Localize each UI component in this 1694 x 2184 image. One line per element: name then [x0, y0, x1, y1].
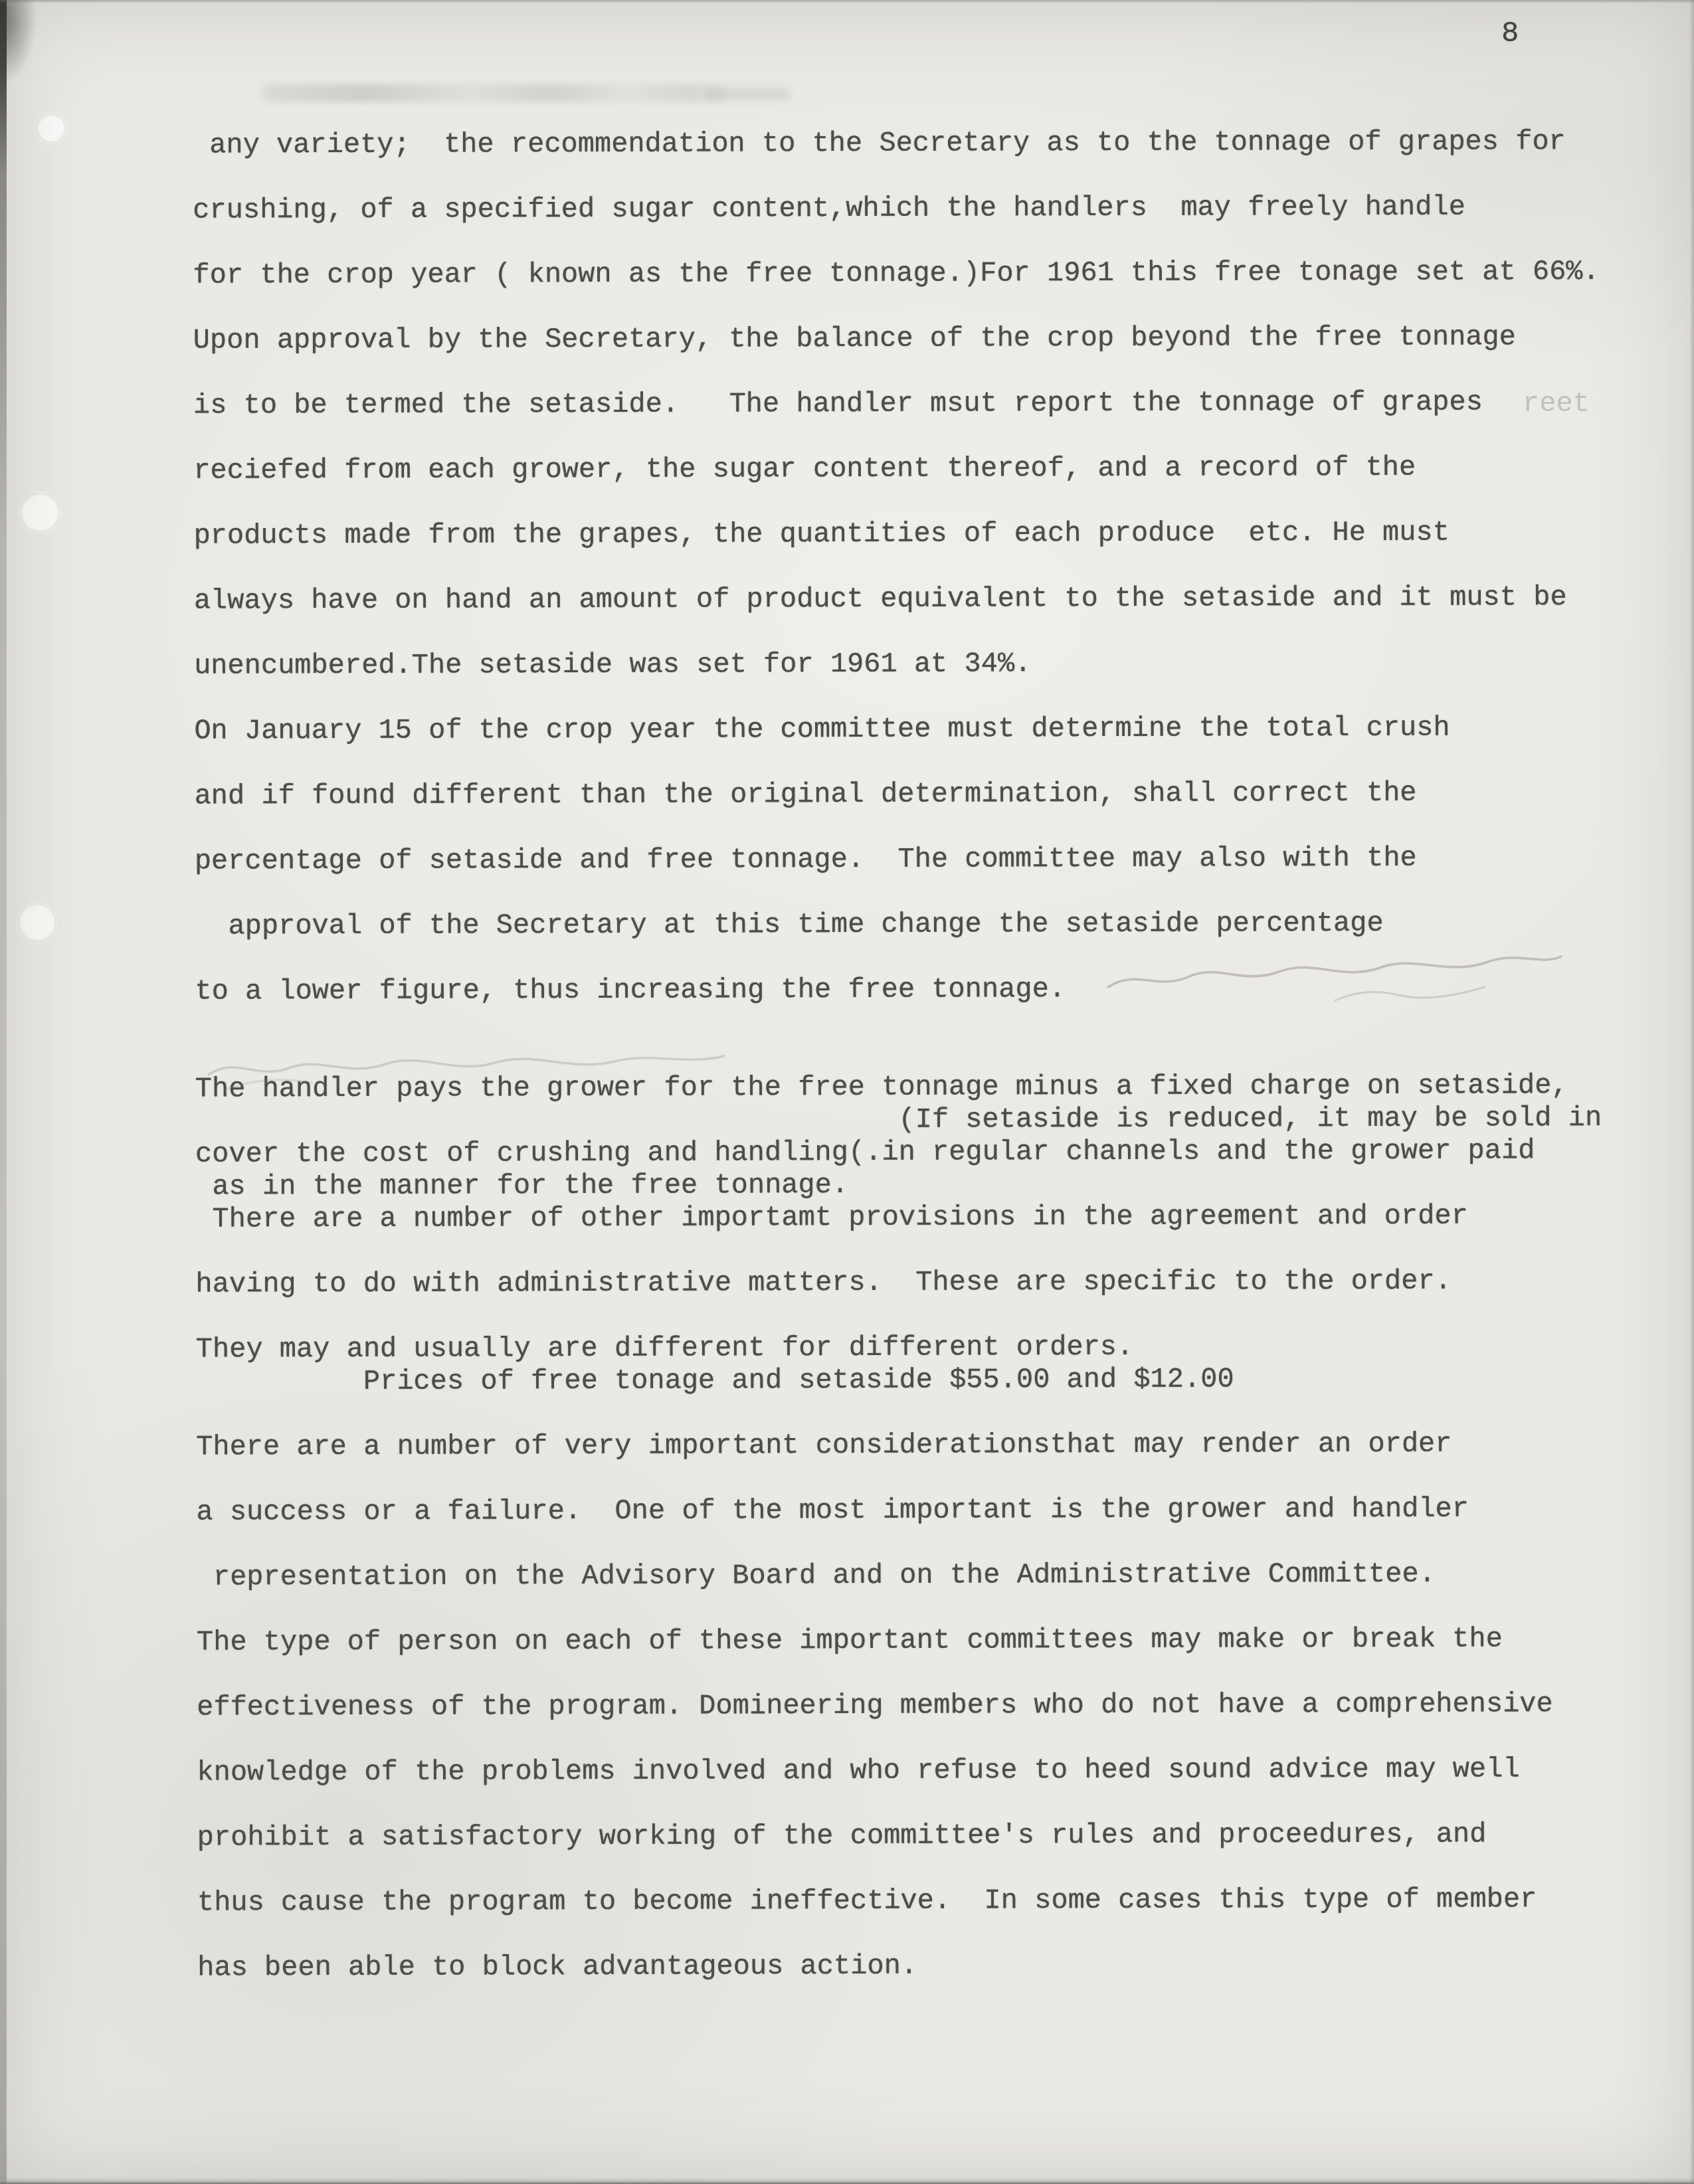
typed-line: prohibit a satisfactory working of the c… — [197, 1818, 1694, 1855]
typed-line: reciefed from each grower, the sugar con… — [193, 451, 1694, 488]
typed-line — [193, 288, 1694, 325]
document-page: 8 any variety; the recommendation to the… — [0, 0, 1694, 2184]
typed-line — [193, 418, 1694, 455]
typed-line: The type of person on each of these impo… — [197, 1623, 1694, 1659]
typed-line — [197, 1655, 1694, 1692]
typed-line: There are a number of very important con… — [196, 1427, 1694, 1464]
typed-line — [195, 1232, 1694, 1269]
typed-line — [193, 353, 1694, 390]
punch-hole — [18, 903, 56, 942]
typed-line — [197, 1590, 1694, 1627]
typed-line — [193, 223, 1694, 260]
typed-line: always have on hand an amount of product… — [194, 581, 1694, 618]
typed-line — [195, 809, 1694, 846]
typed-line — [197, 1851, 1694, 1887]
typed-line: unencumbered.The setaside was set for 19… — [194, 646, 1694, 683]
typed-line: crushing, of a specified sugar content,w… — [193, 191, 1694, 227]
typed-line — [196, 1395, 1694, 1431]
typed-line: as in the manner for the free tonnage. — [195, 1167, 1694, 1204]
typed-line: has been able to block advantageous acti… — [197, 1948, 1694, 1985]
typed-line: There are a number of other importamt pr… — [195, 1200, 1694, 1236]
typed-line: Prices of free tonage and setaside $55.0… — [196, 1362, 1694, 1399]
typed-line — [193, 158, 1694, 195]
typed-line — [193, 484, 1694, 520]
typed-line — [195, 874, 1694, 911]
typed-line — [197, 1916, 1694, 1952]
typed-line: products made from the grapes, the quant… — [194, 516, 1694, 553]
typed-line: Upon approval by the Secretary, the bala… — [193, 321, 1694, 357]
ghost-typed-line — [262, 84, 727, 102]
typed-line: is to be termed the setaside. The handle… — [193, 386, 1694, 422]
typed-line: percentage of setaside and free tonnage.… — [195, 842, 1694, 878]
scan-edge-right — [1689, 0, 1694, 2184]
typed-text: any variety; the recommendation to the S… — [0, 126, 1694, 1985]
typed-line: thus cause the program to become ineffec… — [197, 1883, 1694, 1920]
typed-line — [195, 1037, 1694, 1073]
scan-edge-left — [0, 0, 7, 2184]
scan-edge-top — [0, 0, 1694, 3]
typed-line — [197, 1785, 1694, 1822]
typed-line — [195, 939, 1694, 976]
typed-line: approval of the Secretary at this time c… — [195, 907, 1694, 943]
punch-hole — [20, 493, 60, 533]
typed-line: and if found different than the original… — [195, 776, 1694, 813]
typed-line: to a lower figure, thus increasing the f… — [195, 972, 1694, 1008]
typed-line — [196, 1460, 1694, 1497]
typed-line: The handler pays the grower for the free… — [195, 1069, 1694, 1106]
scan-edge-bottom — [0, 2177, 1694, 2184]
ghost-typed-smudge — [704, 88, 791, 101]
typed-line — [194, 614, 1694, 650]
typed-line: effectiveness of the program. Domineerin… — [197, 1688, 1694, 1724]
typed-line: for the crop year ( known as the free to… — [193, 256, 1694, 292]
typed-line — [196, 1297, 1694, 1334]
typed-line: any variety; the recommendation to the S… — [193, 126, 1694, 162]
typed-line — [197, 1720, 1694, 1757]
typed-line — [194, 679, 1694, 715]
typed-line: cover the cost of crushing and handling(… — [195, 1135, 1694, 1171]
typed-line: having to do with administrative matters… — [195, 1265, 1694, 1301]
typed-line: (If setaside is reduced, it may be sold … — [195, 1102, 1694, 1138]
typed-line: knowledge of the problems involved and w… — [197, 1753, 1694, 1789]
typed-line: On January 15 of the crop year the commi… — [194, 711, 1694, 748]
typed-line — [195, 1004, 1694, 1041]
typed-line — [194, 744, 1694, 780]
typed-line: representation on the Advisory Board and… — [197, 1558, 1694, 1594]
typed-line — [197, 1525, 1694, 1562]
typed-line: a success or a failure. One of the most … — [196, 1493, 1694, 1529]
typed-line — [194, 549, 1694, 585]
punch-hole — [37, 114, 66, 143]
typed-line: They may and usually are different for d… — [196, 1330, 1694, 1366]
page-number: 8 — [1501, 17, 1519, 50]
faint-typed-fragment: reet — [1523, 388, 1590, 420]
